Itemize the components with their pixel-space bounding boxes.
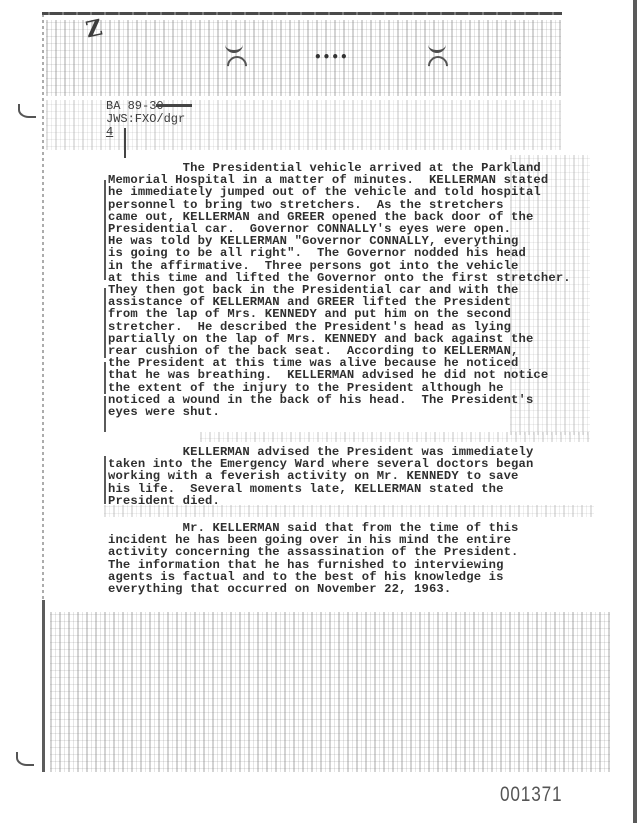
top-rule — [42, 12, 562, 15]
document-page: •••• Z BA 89-30 JWS:FXO/dgr 4 The Presid… — [0, 0, 637, 823]
text-line: everything that occurred on November 22,… — [108, 583, 588, 595]
scan-edge — [633, 0, 637, 823]
bleed-through-header — [46, 20, 561, 96]
margin-bracket — [104, 180, 106, 280]
text-line: personnel to bring two stretchers. As th… — [108, 199, 588, 211]
text-line: he immediately jumped out of the vehicle… — [108, 186, 588, 198]
bleed-through-footer — [50, 612, 610, 772]
strike-mark — [156, 104, 192, 107]
text-line: working with a feverish activity on Mr. … — [108, 470, 588, 482]
text-line: eyes were shut. — [108, 406, 588, 418]
margin-hole-icon — [18, 104, 36, 118]
margin-hole-icon — [16, 752, 34, 766]
paragraph-arrival: The Presidential vehicle arrived at the … — [108, 162, 588, 418]
paragraph-emergency-ward: KELLERMAN advised the President was imme… — [108, 446, 588, 507]
text-line: from the lap of Mrs. KENNEDY and put him… — [108, 308, 588, 320]
text-line: is going to be all right". The Governor … — [108, 247, 588, 259]
left-margin-line — [42, 14, 44, 604]
punch-hole-icon — [225, 36, 243, 53]
initials-line: JWS:FXO/dgr — [106, 113, 185, 126]
text-line: activity concerning the assassination of… — [108, 546, 588, 558]
text-line: that he was breathing. KELLERMAN advised… — [108, 369, 588, 381]
margin-bracket — [104, 362, 106, 394]
left-margin-bar — [42, 600, 45, 772]
page-stamp-number: 001371 — [500, 783, 562, 807]
margin-bracket — [104, 456, 106, 504]
margin-bracket — [104, 396, 106, 432]
bleed-through-gap — [200, 432, 590, 442]
text-line: in the affirmative. Three persons got in… — [108, 260, 588, 272]
text-line: his life. Several moments late, KELLERMA… — [108, 483, 588, 495]
margin-bracket — [104, 288, 106, 358]
text-line: stretcher. He described the President's … — [108, 321, 588, 333]
text-line: President died. — [108, 495, 588, 507]
header-dots: •••• — [314, 50, 349, 64]
paragraph-statement: Mr. KELLERMAN said that from the time of… — [108, 522, 588, 595]
page-marker: 4 — [106, 126, 185, 139]
text-line: The information that he has furnished to… — [108, 559, 588, 571]
punch-hole-icon — [428, 36, 446, 53]
reference-bracket — [124, 128, 126, 158]
